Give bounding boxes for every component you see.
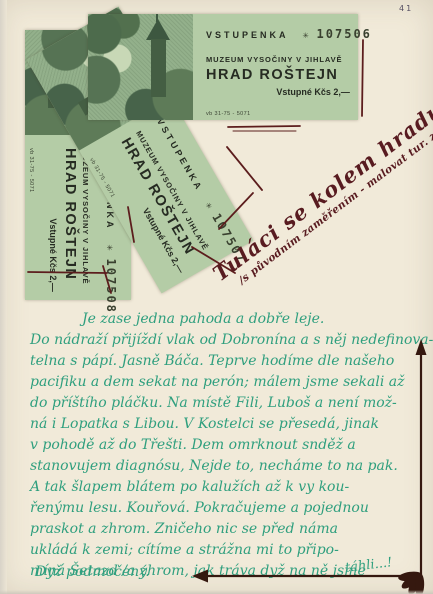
ticket-serial-number: 107508 bbox=[104, 259, 118, 314]
asterisk-icon: ✳ bbox=[104, 245, 115, 253]
letter-line: v pohodě až do Třešti. Dem omrknout sndě… bbox=[30, 435, 428, 456]
ticket-price: Vstupné Kčs 2,— bbox=[48, 148, 58, 314]
letter-line: Do nádraží přijíždí vlak od Dobronína a … bbox=[30, 330, 428, 351]
scan-edge bbox=[0, 590, 433, 594]
page-number: 41 bbox=[399, 4, 413, 13]
letter-line: A tak šlapem blátem po kalužích až k vy … bbox=[30, 477, 428, 498]
castle-title: HRAD ROŠTEJN bbox=[62, 148, 78, 314]
castle-tower bbox=[151, 39, 166, 97]
letter-line: řenýmu lesu. Kouřová. Pokračujeme a poje… bbox=[30, 498, 428, 519]
ticket-serial-number: 107506 bbox=[317, 27, 372, 41]
museum-name: MUZEUM VYSOČINY V JIHLAVĚ bbox=[206, 55, 372, 64]
ticket-text-panel: VSTUPENKA ✳107506 MUZEUM VYSOČINY V JIHL… bbox=[193, 14, 380, 120]
castle-tower-roof bbox=[146, 19, 170, 40]
letter-closing-line: Dyž podmočený. bbox=[35, 564, 150, 580]
handwritten-letter: Je zase jedna pahoda a dobře leje. Do ná… bbox=[30, 309, 428, 582]
ticket-107506: VSTUPENKA ✳107506 MUZEUM VYSOČINY V JIHL… bbox=[88, 14, 358, 120]
museum-name: MUZEUM VYSOČINY V JIHLAVĚ bbox=[81, 148, 90, 314]
letter-line: stanovujem diagnósu, Nejde to, necháme t… bbox=[30, 456, 428, 477]
print-code: vb 31-75 - 5071 bbox=[206, 111, 251, 117]
castle-tower-spike bbox=[156, 14, 158, 22]
letter-line: ná i Lopatka s Libou. V Kostelci se přes… bbox=[30, 414, 428, 435]
castle-photo bbox=[88, 14, 193, 120]
letter-line: do příštího pláčku. Na místě Fili, Luboš… bbox=[30, 393, 428, 414]
ticket-price: Vstupné Kčs 2,— bbox=[206, 87, 372, 97]
letter-line: Je zase jedna pahoda a dobře leje. bbox=[30, 309, 428, 330]
asterisk-icon: ✳ bbox=[202, 200, 216, 212]
letter-line: telna s pápí. Jasně Báča. Teprve hodíme … bbox=[30, 351, 428, 372]
print-code: vb 31-75 - 5071 bbox=[28, 148, 34, 193]
ticket-header-label: VSTUPENKA bbox=[206, 30, 289, 40]
castle-title: HRAD ROŠTEJN bbox=[206, 67, 372, 83]
scan-edge bbox=[0, 0, 7, 594]
letter-line: pacifiku a dem sekat na perón; málem jsm… bbox=[30, 372, 428, 393]
letter-line: praskot a zhrom. Zničeho nic se před nám… bbox=[30, 519, 428, 540]
asterisk-icon: ✳ bbox=[303, 30, 311, 41]
